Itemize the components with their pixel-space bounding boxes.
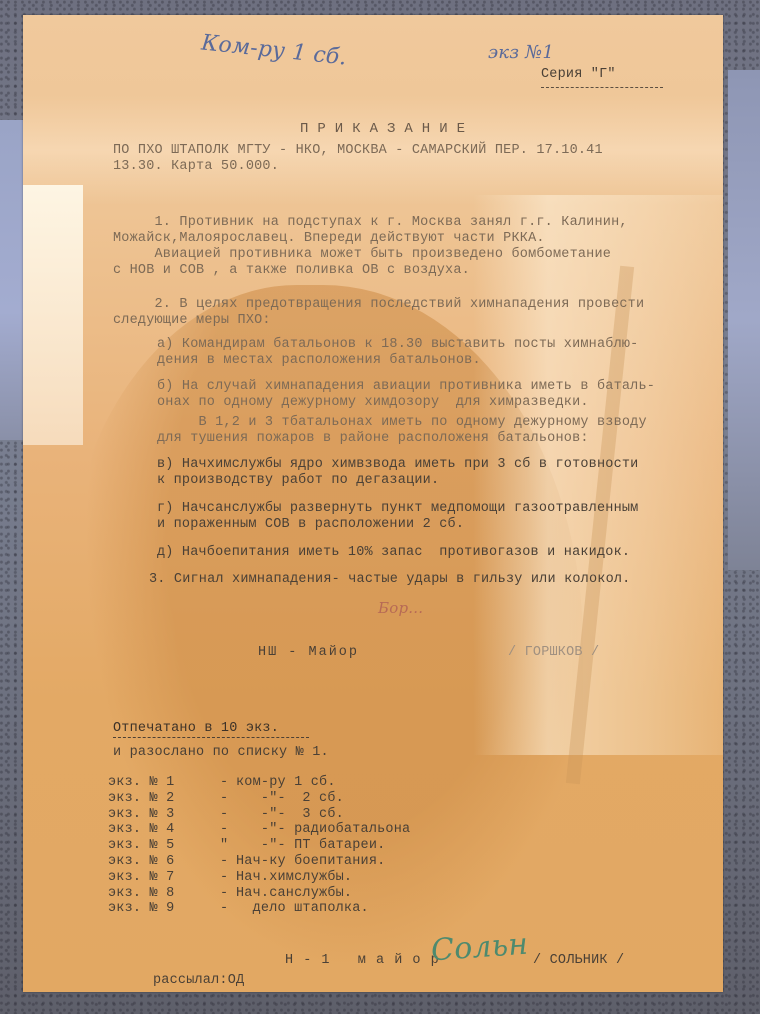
order-item-b-note: В 1,2 и 3 тбатальонах иметь по одному де… (157, 415, 647, 431)
handwritten-copy-number: экз №1 (488, 45, 554, 61)
document-title: ПРИКАЗАНИЕ (300, 121, 474, 137)
copy-number: экз. № 1 (108, 775, 220, 791)
distribution-row: экз. № 5" -"- ПТ батареи. (108, 838, 410, 854)
signature-name: / СОЛЬНИК / (533, 953, 624, 969)
order-item-v: к производству работ по дегазации. (157, 473, 439, 489)
paragraph-line: Можайск,Малоярославец. Впереди действуют… (113, 231, 545, 247)
signature-role: Н - 1 м а й о р (285, 953, 440, 969)
paragraph-line: 2. В целях предотвращения последствий хи… (113, 297, 644, 313)
paragraph-line: с НОВ и СОВ , а также поливка ОВ с возду… (113, 263, 470, 279)
printed-count: Отпечатано в 10 экз. (113, 721, 279, 737)
paragraph-line: 1. Противник на подступах к г. Москва за… (113, 215, 628, 231)
copy-number: экз. № 8 (108, 886, 220, 902)
distribution-row: экз. № 6-Нач-ку боепитания. (108, 854, 410, 870)
dashed-rule (113, 737, 309, 738)
separator: - (220, 775, 236, 791)
paragraph-line: следующие меры ПХО: (113, 313, 271, 329)
document-text: Ком-ру 1 сб. экз №1 Серия "Г" ПРИКАЗАНИЕ… (23, 15, 723, 992)
distribution-row: экз. № 7-Нач.химслужбы. (108, 870, 410, 886)
order-item-a: дения в местах расположения батальонов. (157, 353, 481, 369)
handwritten-red-mark: Бор... (378, 600, 423, 616)
separator: - (220, 870, 236, 886)
series-underline (541, 87, 663, 88)
distribution-row: экз. № 3- -"- 3 сб. (108, 807, 410, 823)
separator: - (220, 886, 236, 902)
glass-reflection (728, 70, 760, 570)
separator: " (220, 838, 236, 854)
order-item-a: а) Командирам батальонов к 18.30 выстави… (157, 337, 638, 353)
recipient: -"- радиобатальона (236, 822, 410, 838)
recipient: Нач-ку боепитания. (236, 854, 385, 870)
recipient: Нач.химслужбы. (236, 870, 352, 886)
separator: - (220, 854, 236, 870)
order-item-b: онах по одному дежурному химдозору для х… (157, 395, 589, 411)
order-item-b-note: для тушения пожаров в районе расположеня… (157, 431, 589, 447)
order-item-g: г) Начсанслужбы развернуть пункт медпомо… (157, 501, 638, 517)
order-item-g: и пораженным СОВ в расположении 2 сб. (157, 517, 464, 533)
signature-name: / ГОРШКОВ / (508, 645, 599, 661)
recipient: -"- ПТ батареи. (236, 838, 385, 854)
distribution-row: экз. № 2- -"- 2 сб. (108, 791, 410, 807)
signature-role: НШ - Майор (258, 645, 359, 661)
separator: - (220, 822, 236, 838)
copy-number: экз. № 5 (108, 838, 220, 854)
separator: - (220, 791, 236, 807)
copy-number: экз. № 7 (108, 870, 220, 886)
separator: - (220, 807, 236, 823)
distribution-row: экз. № 4- -"- радиобатальона (108, 822, 410, 838)
header-line: 13.30. Карта 50.000. (113, 159, 279, 175)
paragraph-line: Авиацией противника может быть произведе… (113, 247, 611, 263)
copy-number: экз. № 3 (108, 807, 220, 823)
separator: - (220, 901, 236, 917)
recipient: -"- 3 сб. (236, 807, 344, 823)
sent-by: рассылал:ОД (153, 973, 244, 989)
order-item-d: д) Начбоепитания иметь 10% запас противо… (157, 545, 630, 561)
copy-number: экз. № 4 (108, 822, 220, 838)
distribution-row: экз. № 9- дело штаполка. (108, 901, 410, 917)
copy-number: экз. № 6 (108, 854, 220, 870)
distribution-note: и разослано по списку № 1. (113, 745, 329, 761)
distribution-list: экз. № 1-ком-ру 1 сб.экз. № 2- -"- 2 сб.… (108, 775, 410, 917)
recipient: -"- 2 сб. (236, 791, 344, 807)
copy-number: экз. № 2 (108, 791, 220, 807)
order-point-3: 3. Сигнал химнападения- частые удары в г… (149, 572, 630, 588)
handwritten-signature: Сольн (431, 937, 529, 960)
handwritten-addressee: Ком-ру 1 сб. (201, 35, 348, 66)
distribution-row: экз. № 8-Нач.санслужбы. (108, 886, 410, 902)
distribution-row: экз. № 1-ком-ру 1 сб. (108, 775, 410, 791)
document-sheet: Ком-ру 1 сб. экз №1 Серия "Г" ПРИКАЗАНИЕ… (23, 15, 723, 992)
copy-number: экз. № 9 (108, 901, 220, 917)
order-item-v: в) Начхимслужбы ядро химвзвода иметь при… (157, 457, 638, 473)
series-label: Серия "Г" (541, 67, 616, 83)
recipient: Нач.санслужбы. (236, 886, 352, 902)
recipient: дело штаполка. (236, 901, 369, 917)
header-line: ПО ПХО ШТАПОЛК МГТУ - НКО, МОСКВА - САМА… (113, 143, 603, 159)
order-item-b: б) На случай химнападения авиации против… (157, 379, 655, 395)
recipient: ком-ру 1 сб. (236, 775, 336, 791)
